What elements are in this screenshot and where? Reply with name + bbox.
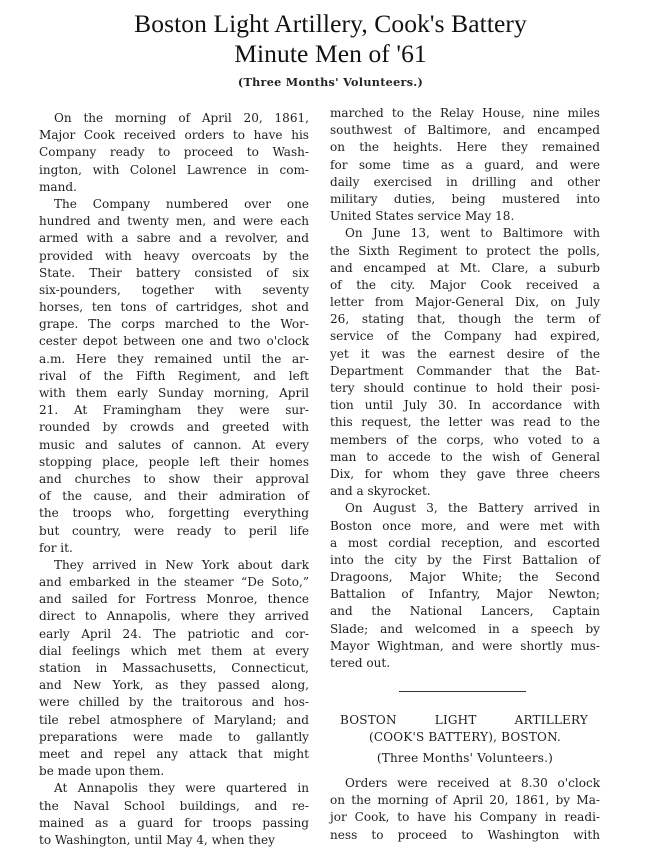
text-line: the Naval School buildings, and re-: [39, 798, 309, 815]
text-line: preparations were made to gallantly: [39, 729, 309, 746]
text-line: On June 13, went to Baltimore with: [330, 225, 600, 242]
text-line: early April 24. The patriotic and cor-: [39, 626, 309, 643]
text-line: for it.: [39, 540, 309, 557]
text-line: on the morning of April 20, 1861, by Ma-: [330, 792, 600, 809]
text-line: the troops who, forgetting everything: [39, 505, 309, 522]
section-divider: [399, 691, 526, 692]
text-line: and New York, as they passed along,: [39, 677, 309, 694]
text-line: into the city by the First Battalion of: [330, 552, 600, 569]
text-line: Orders were received at 8.30 o'clock: [330, 775, 600, 792]
text-line: with them early Sunday morning, April: [39, 385, 309, 402]
text-line: this request, the letter was read to the: [330, 414, 600, 431]
text-line: armed with a sabre and a revolver, and: [39, 230, 309, 247]
text-line: 26, stating that, though the term of: [330, 311, 600, 328]
text-line: Mayor Wightman, and were shortly mus-: [330, 638, 600, 655]
text-line: six-pounders, together with seventy: [39, 282, 309, 299]
text-line: and churches to show their approval: [39, 471, 309, 488]
text-line: Dragoons, Major White; the Second: [330, 569, 600, 586]
text-line: daily exercised in drilling and other: [330, 174, 600, 191]
text-line: dial feelings which met them at every: [39, 643, 309, 660]
text-line: Slade; and welcomed in a speech by: [330, 621, 600, 638]
text-line: Battalion of Infantry, Major Newton;: [330, 586, 600, 603]
text-line: mained as a guard for troops passing: [39, 815, 309, 832]
text-line: stopping place, people left their homes: [39, 454, 309, 471]
text-line: tile rebel atmosphere of Maryland; and: [39, 712, 309, 729]
text-line: on the heights. Here they remained: [330, 139, 600, 156]
text-line: Major Cook received orders to have his: [39, 127, 309, 144]
text-line: marched to the Relay House, nine miles: [330, 105, 600, 122]
section-2-heading-line-1: BOSTON LIGHT ARTILLERY: [330, 712, 600, 729]
text-line: a.m. Here they remained until the ar-: [39, 351, 309, 368]
text-line: Boston once more, and were met with: [330, 518, 600, 535]
text-line: On the morning of April 20, 1861,: [39, 110, 309, 127]
text-line: horses, ten tons of cartridges, shot and: [39, 299, 309, 316]
text-line: 21. At Framingham they were sur-: [39, 402, 309, 419]
text-line: They arrived in New York about dark: [39, 557, 309, 574]
text-line: yet it was the earnest desire of the: [330, 346, 600, 363]
text-line: rounded by crowds and greeted with: [39, 419, 309, 436]
text-line: letter from Major-General Dix, on July: [330, 294, 600, 311]
text-line: were chilled by the traitorous and hos-: [39, 694, 309, 711]
text-line: and encamped at Mt. Clare, a suburb: [330, 260, 600, 277]
text-line: for some time as a guard, and were: [330, 157, 600, 174]
text-line: members of the corps, who voted to a: [330, 432, 600, 449]
text-line: service of the Company had expired,: [330, 328, 600, 345]
text-line: and embarked in the steamer “De Soto,”: [39, 574, 309, 591]
text-line: southwest of Baltimore, and encamped: [330, 122, 600, 139]
text-line: ness to proceed to Washington with: [330, 827, 600, 844]
text-line: United States service May 18.: [330, 208, 600, 225]
text-line: cester depot between one and two o'clock: [39, 333, 309, 350]
text-line: ington, with Colonel Lawrence in com-: [39, 162, 309, 179]
text-line: direct to Annapolis, where they arrived: [39, 608, 309, 625]
text-line: to Washington, until May 4, when they: [39, 832, 309, 849]
text-line: tery should continue to hold their posi-: [330, 380, 600, 397]
text-line: and a skyrocket.: [330, 483, 600, 500]
text-line: tered out.: [330, 655, 600, 672]
text-line: At Annapolis they were quartered in: [39, 780, 309, 797]
section-2-subheading: (Three Months' Volunteers.): [330, 750, 600, 767]
page-title-line-2: Minute Men of '61: [0, 39, 661, 69]
text-line: man to accede to the wish of General: [330, 449, 600, 466]
page-title-line-1: Boston Light Artillery, Cook's Battery: [0, 9, 661, 39]
text-line: music and salutes of cannon. At every: [39, 437, 309, 454]
text-line: of the city. Major Cook received a: [330, 277, 600, 294]
text-line: be made upon them.: [39, 763, 309, 780]
page-subtitle: (Three Months' Volunteers.): [0, 75, 661, 89]
section-2-body: Orders were received at 8.30 o'clockon t…: [330, 775, 600, 844]
text-line: Dix, for whom they gave three cheers: [330, 466, 600, 483]
text-line: and sailed for Fortress Monroe, thence: [39, 591, 309, 608]
text-line: the Sixth Regiment to protect the polls,: [330, 243, 600, 260]
text-line: of the cause, and their admiration of: [39, 488, 309, 505]
text-line: tion until July 30. In accordance with: [330, 397, 600, 414]
text-line: hundred and twenty men, and were each: [39, 213, 309, 230]
right-column: marched to the Relay House, nine milesso…: [330, 105, 600, 672]
text-line: jor Cook, to have his Company in readi-: [330, 809, 600, 826]
text-line: rival of the Fifth Regiment, and left: [39, 368, 309, 385]
text-line: station in Massachusetts, Connecticut,: [39, 660, 309, 677]
text-line: provided with heavy overcoats by the: [39, 248, 309, 265]
text-line: meet and repel any attack that might: [39, 746, 309, 763]
text-line: mand.: [39, 179, 309, 196]
text-line: military duties, being mustered into: [330, 191, 600, 208]
text-line: and the National Lancers, Captain: [330, 603, 600, 620]
text-line: a most cordial reception, and escorted: [330, 535, 600, 552]
text-line: On August 3, the Battery arrived in: [330, 500, 600, 517]
text-line: Department Commander that the Bat-: [330, 363, 600, 380]
left-column: On the morning of April 20, 1861,Major C…: [39, 110, 309, 849]
text-line: but country, were ready to peril life: [39, 523, 309, 540]
section-2-heading-line-2: (COOK'S BATTERY), BOSTON.: [330, 729, 600, 746]
text-line: The Company numbered over one: [39, 196, 309, 213]
text-line: grape. The corps marched to the Wor-: [39, 316, 309, 333]
text-line: State. Their battery consisted of six: [39, 265, 309, 282]
text-line: Company ready to proceed to Wash-: [39, 144, 309, 161]
